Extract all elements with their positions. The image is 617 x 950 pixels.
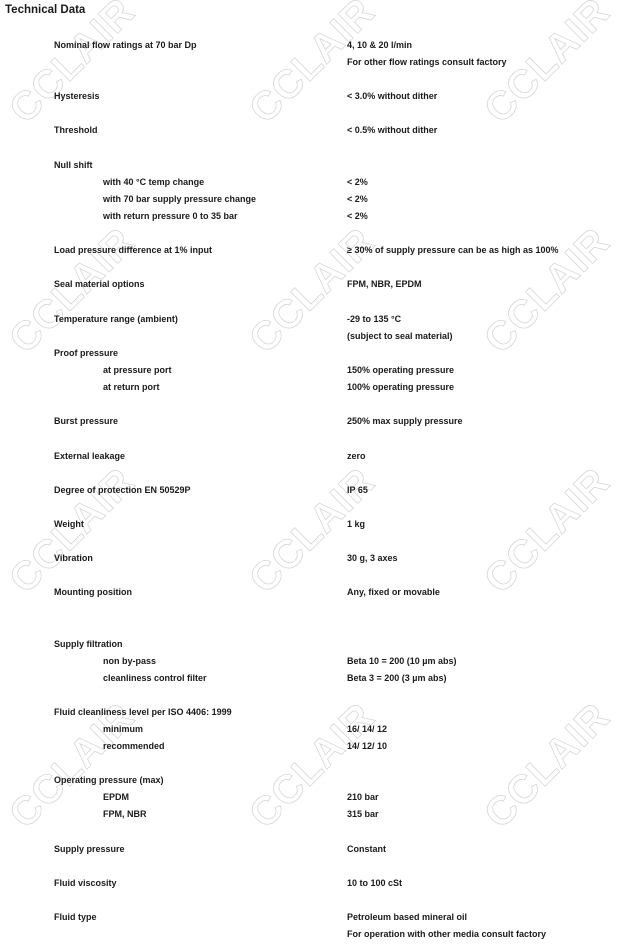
spec-label: Nominal flow ratings at 70 bar Dp	[54, 39, 197, 51]
spec-label: Operating pressure (max)	[54, 774, 164, 786]
spec-value: 250% max supply pressure	[347, 415, 463, 427]
spec-label: Proof pressure	[54, 347, 118, 359]
spec-value: Petroleum based mineral oil	[347, 911, 467, 923]
spec-sublabel: at return port	[103, 381, 160, 393]
spec-label: Fluid cleanliness level per ISO 4406: 19…	[54, 706, 232, 718]
spec-value: For operation with other media consult f…	[347, 928, 546, 940]
spec-value: 30 g, 3 axes	[347, 552, 398, 564]
spec-value: 150% operating pressure	[347, 364, 454, 376]
spec-value: IP 65	[347, 484, 368, 496]
spec-value: Constant	[347, 843, 386, 855]
spec-value: (subject to seal material)	[347, 330, 453, 342]
spec-value: 10 to 100 cSt	[347, 877, 402, 889]
spec-label: Seal material options	[54, 278, 145, 290]
spec-label: Supply pressure	[54, 843, 125, 855]
spec-value: Beta 3 = 200 (3 µm abs)	[347, 672, 446, 684]
spec-value: < 2%	[347, 193, 368, 205]
spec-label: Mounting position	[54, 586, 132, 598]
page-title: Technical Data	[5, 4, 85, 16]
spec-value: For other flow ratings consult factory	[347, 56, 507, 68]
spec-value: 1 kg	[347, 518, 365, 530]
spec-label: Load pressure difference at 1% input	[54, 244, 212, 256]
spec-value: < 3.0% without dither	[347, 90, 437, 102]
spec-value: 14/ 12/ 10	[347, 740, 387, 752]
technical-data-document: Technical Data Nominal flow ratings at 7…	[0, 0, 617, 950]
spec-label: External leakage	[54, 450, 125, 462]
spec-sublabel: non by-pass	[103, 655, 156, 667]
spec-sublabel: EPDM	[103, 791, 129, 803]
spec-value: ≥ 30% of supply pressure can be as high …	[347, 244, 559, 256]
spec-sublabel: at pressure port	[103, 364, 172, 376]
spec-value: < 0.5% without dither	[347, 124, 437, 136]
spec-label: Threshold	[54, 124, 98, 136]
spec-sublabel: minimum	[103, 723, 143, 735]
spec-value: 210 bar	[347, 791, 379, 803]
spec-value: < 2%	[347, 176, 368, 188]
spec-value: 16/ 14/ 12	[347, 723, 387, 735]
spec-label: Temperature range (ambient)	[54, 313, 178, 325]
spec-label: Burst pressure	[54, 415, 118, 427]
spec-label: Supply filtration	[54, 638, 123, 650]
spec-label: Vibration	[54, 552, 93, 564]
spec-sublabel: cleanliness control filter	[103, 672, 207, 684]
spec-label: Fluid viscosity	[54, 877, 117, 889]
spec-value: < 2%	[347, 210, 368, 222]
spec-label: Null shift	[54, 159, 93, 171]
spec-value: 100% operating pressure	[347, 381, 454, 393]
spec-sublabel: with return pressure 0 to 35 bar	[103, 210, 238, 222]
spec-value: Any, fixed or movable	[347, 586, 440, 598]
spec-value: 4, 10 & 20 l/min	[347, 39, 412, 51]
spec-sublabel: with 70 bar supply pressure change	[103, 193, 256, 205]
spec-sublabel: with 40 °C temp change	[103, 176, 204, 188]
spec-label: Weight	[54, 518, 84, 530]
spec-label: Degree of protection EN 50529P	[54, 484, 191, 496]
spec-value: -29 to 135 °C	[347, 313, 401, 325]
spec-value: 315 bar	[347, 808, 379, 820]
spec-sublabel: FPM, NBR	[103, 808, 147, 820]
spec-value: zero	[347, 450, 366, 462]
spec-value: FPM, NBR, EPDM	[347, 278, 422, 290]
spec-value: Beta 10 = 200 (10 µm abs)	[347, 655, 457, 667]
spec-sublabel: recommended	[103, 740, 165, 752]
spec-label: Fluid type	[54, 911, 97, 923]
spec-label: Hysteresis	[54, 90, 100, 102]
